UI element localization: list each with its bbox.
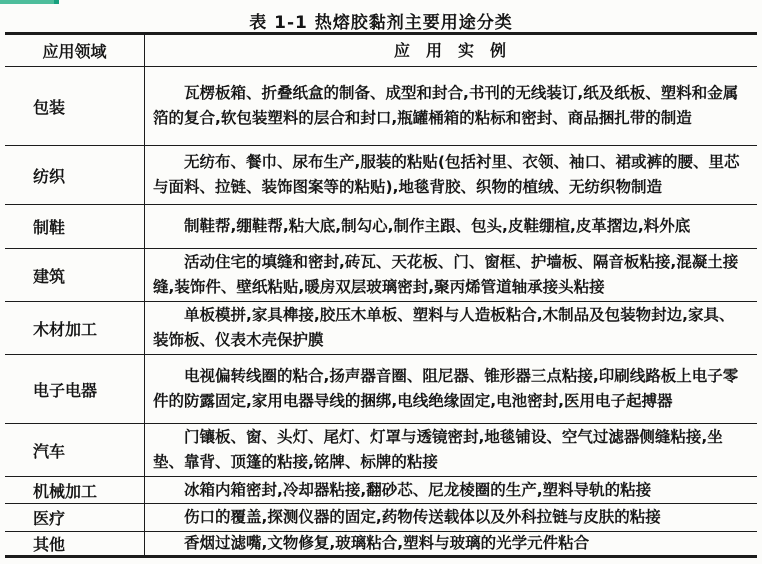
table-row: 纺织 无纺布、餐巾、尿布生产,服装的粘贴(包括衬里、衣领、袖口、裙或裤的腰、里芯… bbox=[5, 146, 757, 205]
table-row: 电子电器 电视偏转线圈的粘合,扬声器音圈、阻尼器、锥形器三点粘接,印刷线路板上电… bbox=[5, 355, 757, 424]
row-examples-text: 瓦楞板箱、折叠纸盒的制备、成型和封合,书刊的无线装订,纸及纸板、塑料和金属箔的复… bbox=[145, 80, 757, 132]
row-field-label: 木材加工 bbox=[5, 302, 145, 354]
table-row: 其他 香烟过滤嘴,文物修复,玻璃粘合,塑料与玻璃的光学元件粘合 bbox=[5, 532, 757, 555]
row-examples-text: 无纺布、餐巾、尿布生产,服装的粘贴(包括衬里、衣领、袖口、裙或裤的腰、里芯与面料… bbox=[145, 149, 757, 201]
row-examples-text: 活动住宅的填缝和密封,砖瓦、天花板、门、窗框、护墙板、隔音板粘接,混凝土接缝,装… bbox=[145, 249, 757, 301]
row-examples-text: 门镶板、窗、头灯、尾灯、灯罩与透镜密封,地毯铺设、空气过滤器侧缝粘接,坐垫、靠背… bbox=[145, 424, 757, 476]
row-field-label: 汽车 bbox=[5, 424, 145, 476]
header-application-examples: 应 用 实 例 bbox=[145, 37, 757, 64]
table-header-row: 应用领域 应 用 实 例 bbox=[5, 35, 757, 67]
row-examples-text: 冰箱内箱密封,冷却器粘接,翻砂芯、尼龙棱圈的生产,塑料导轨的粘接 bbox=[145, 479, 757, 502]
table-row: 建筑 活动住宅的填缝和密封,砖瓦、天花板、门、窗框、护墙板、隔音板粘接,混凝土接… bbox=[5, 249, 757, 302]
row-field-label: 包装 bbox=[5, 67, 145, 145]
scan-artifact-green-bar bbox=[0, 0, 54, 4]
header-application-field: 应用领域 bbox=[5, 35, 145, 66]
table-row: 汽车 门镶板、窗、头灯、尾灯、灯罩与透镜密封,地毯铺设、空气过滤器侧缝粘接,坐垫… bbox=[5, 424, 757, 477]
row-examples-text: 香烟过滤嘴,文物修复,玻璃粘合,塑料与玻璃的光学元件粘合 bbox=[145, 532, 757, 555]
table-title: 表 1-1 热熔胶黏剂主要用途分类 bbox=[0, 0, 762, 32]
row-examples-text: 电视偏转线圈的粘合,扬声器音圈、阻尼器、锥形器三点粘接,印刷线路板上电子零件的防… bbox=[145, 363, 757, 415]
hot-melt-adhesive-uses-table: 应用领域 应 用 实 例 包装 瓦楞板箱、折叠纸盒的制备、成型和封合,书刊的无线… bbox=[5, 32, 757, 558]
row-examples-text: 制鞋帮,绷鞋帮,粘大底,制勾心,制作主跟、包头,皮鞋绷楦,皮革摺边,料外底 bbox=[145, 213, 757, 240]
row-field-label: 电子电器 bbox=[5, 355, 145, 423]
row-examples-text: 单板模拼,家具榫接,胶压木单板、塑料与人造板粘合,木制品及包装物封边,家具、装饰… bbox=[145, 302, 757, 354]
table-row: 机械加工 冰箱内箱密封,冷却器粘接,翻砂芯、尼龙棱圈的生产,塑料导轨的粘接 bbox=[5, 477, 757, 504]
table-row: 包装 瓦楞板箱、折叠纸盒的制备、成型和封合,书刊的无线装订,纸及纸板、塑料和金属… bbox=[5, 67, 757, 146]
table-row: 医疗 伤口的覆盖,探测仪器的固定,药物传送载体以及外科拉链与皮肤的粘接 bbox=[5, 504, 757, 532]
row-field-label: 其他 bbox=[5, 532, 145, 555]
row-field-label: 机械加工 bbox=[5, 477, 145, 503]
row-field-label: 制鞋 bbox=[5, 205, 145, 248]
scan-artifact-green-bar-tip bbox=[54, 0, 59, 4]
table-row: 制鞋 制鞋帮,绷鞋帮,粘大底,制勾心,制作主跟、包头,皮鞋绷楦,皮革摺边,料外底 bbox=[5, 205, 757, 249]
table-row: 木材加工 单板模拼,家具榫接,胶压木单板、塑料与人造板粘合,木制品及包装物封边,… bbox=[5, 302, 757, 355]
row-field-label: 建筑 bbox=[5, 249, 145, 301]
row-field-label: 医疗 bbox=[5, 504, 145, 531]
row-field-label: 纺织 bbox=[5, 146, 145, 204]
row-examples-text: 伤口的覆盖,探测仪器的固定,药物传送载体以及外科拉链与皮肤的粘接 bbox=[145, 506, 757, 529]
